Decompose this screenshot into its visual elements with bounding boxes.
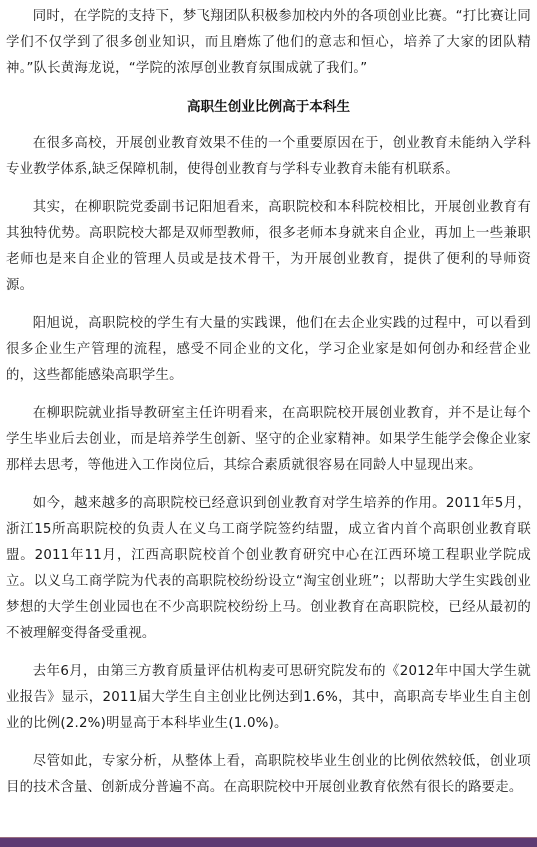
section-heading: 高职生创业比例高于本科生: [0, 94, 537, 120]
paragraph-team-competition: 同时，在学院的支持下，梦飞翔团队积极参加校内外的各项创业比赛。“打比赛让同学们不…: [0, 4, 537, 82]
paragraph-1: 在很多高校，开展创业教育效果不佳的一个重要原因在于，创业教育未能纳入学科专业教学…: [0, 131, 537, 183]
paragraph-7: 尽管如此，专家分析，从整体上看，高职院校毕业生创业的比例依然较低，创业项目的技术…: [0, 749, 537, 801]
paragraph-2: 其实，在柳职院党委副书记阳旭看来，高职院校和本科院校相比，开展创业教育有其独特优…: [0, 195, 537, 299]
paragraph-6: 去年6月，由第三方教育质量评估机构麦可思研究院发布的《2012年中国大学生就业报…: [0, 659, 537, 737]
article-body: 同时，在学院的支持下，梦飞翔团队积极参加校内外的各项创业比赛。“打比赛让同学们不…: [0, 4, 537, 813]
paragraph-4: 在柳职院就业指导教研室主任许明看来，在高职院校开展创业教育，并不是让每个学生毕业…: [0, 401, 537, 479]
paragraph-5: 如今，越来越多的高职院校已经意识到创业教育对学生培养的作用。2011年5月，浙江…: [0, 491, 537, 647]
paragraph-3: 阳旭说，高职院校的学生有大量的实践课，他们在去企业实践的过程中，可以看到很多企业…: [0, 311, 537, 389]
footer-bar: [0, 837, 537, 847]
